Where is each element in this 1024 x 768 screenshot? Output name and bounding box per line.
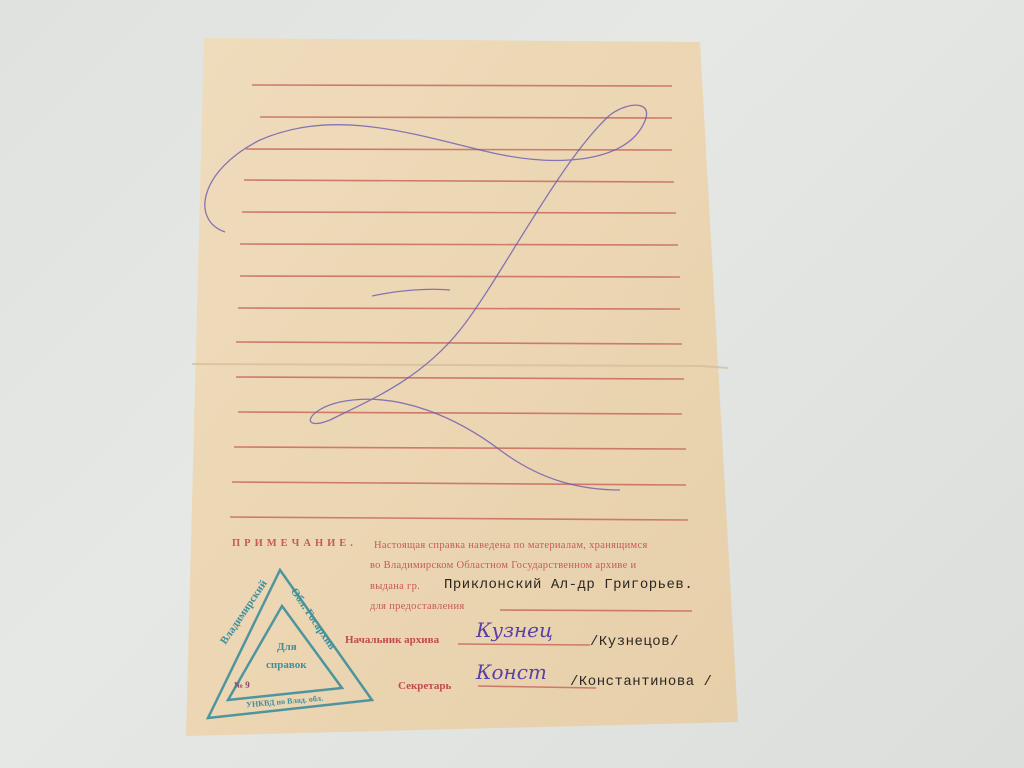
secretary-signature: Конст: [476, 660, 547, 684]
secretary-name: /Константинова /: [570, 674, 712, 690]
stamp-center-line1: Для: [277, 641, 297, 653]
note-line-1: Настоящая справка наведена по материалам…: [374, 540, 648, 551]
head-of-archive-label: Начальник архива: [345, 634, 439, 646]
note-line-4: для предоставления: [370, 601, 465, 612]
head-signature: Кузнец: [476, 618, 553, 642]
stamp-number: № 9: [234, 680, 250, 690]
stamp-center-line2: справок: [266, 659, 307, 671]
note-heading: ПРИМЕЧАНИЕ.: [232, 538, 357, 549]
secretary-label: Секретарь: [398, 680, 451, 692]
paper-sheet: [0, 0, 1024, 768]
document-photo: ПРИМЕЧАНИЕ. Настоящая справка наведена п…: [0, 0, 1024, 768]
note-line-2: во Владимирском Областном Государственно…: [370, 560, 636, 571]
head-name: /Кузнецов/: [590, 634, 679, 650]
note-line-3-prefix: выдана гр.: [370, 581, 420, 592]
recipient-name: Приклонский Ал-др Григорьев.: [444, 577, 693, 593]
